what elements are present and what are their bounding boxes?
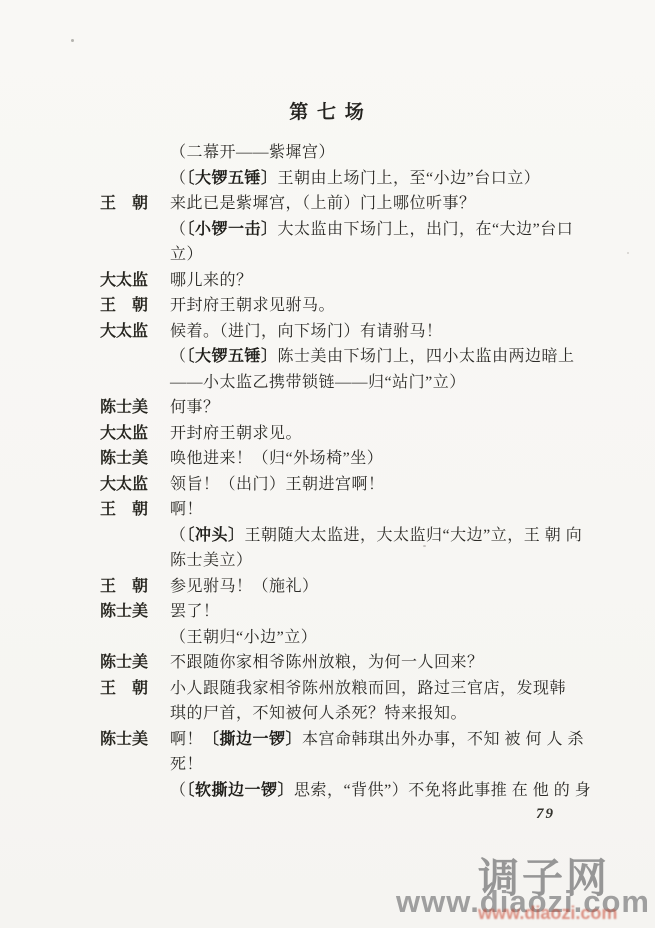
dialogue-text: （〔大锣五锤〕王朝由上场门上，至“小边”台口立） xyxy=(170,170,540,187)
script-line: 死！ xyxy=(100,752,580,778)
speaker-name: 陈士美 xyxy=(100,650,150,676)
speaker-name: 王 朝 xyxy=(100,497,150,523)
speaker-name: 王 朝 xyxy=(100,293,150,319)
dialogue-text: （王朝归“小边”立） xyxy=(170,629,317,646)
dialogue-text: 何事？ xyxy=(170,399,220,416)
script-line: 大太监哪儿来的？ xyxy=(100,268,580,294)
speaker-name: 王 朝 xyxy=(100,574,150,600)
speaker-name: 王 朝 xyxy=(100,676,150,702)
dialogue-text: ——小太监乙携带锁链——归“站门”立） xyxy=(170,374,466,391)
script-line: （〔冲头〕王朝随大太监进，大太监归“大边”立，王 朝 向 xyxy=(100,523,580,549)
script-line: 王 朝啊！ xyxy=(100,497,580,523)
speaker-name: 陈士美 xyxy=(100,446,150,472)
dialogue-text: （〔大锣五锤〕陈士美由下场门上，四小太监由两边暗上 xyxy=(170,348,575,365)
script-line: 琪的尸首，不知被何人杀死？特来报知。 xyxy=(100,701,580,727)
script-line: 大太监开封府王朝求见。 xyxy=(100,421,580,447)
script-line: 立） xyxy=(100,242,580,268)
script-line: （〔大锣五锤〕王朝由上场门上，至“小边”台口立） xyxy=(100,166,580,192)
script-line: 王 朝开封府王朝求见驸马。 xyxy=(100,293,580,319)
dialogue-text: 小人跟随我家相爷陈州放粮而回，路过三官店，发现韩 xyxy=(170,680,566,697)
dialogue-text: 立） xyxy=(170,246,203,263)
scan-speck xyxy=(71,39,74,42)
dialogue-text: （〔软撕边一锣〕思索，“背供”）不免将此事推 在 他 的 身 xyxy=(170,782,591,799)
dialogue-text: 领旨！（出门）王朝进宫啊！ xyxy=(170,476,385,493)
script-line: 大太监候着。（进门，向下场门）有请驸马！ xyxy=(100,319,580,345)
dialogue-text: （〔冲头〕王朝随大太监进，大太监归“大边”立，王 朝 向 xyxy=(170,527,582,544)
script-line: 陈士美罢了！ xyxy=(100,599,580,625)
dialogue-text: 啊！〔撕边一锣〕本宫命韩琪出外办事，不知 被 何 人 杀 xyxy=(170,731,584,748)
script-line: 陈士美啊！〔撕边一锣〕本宫命韩琪出外办事，不知 被 何 人 杀 xyxy=(100,727,580,753)
scan-speck xyxy=(627,252,629,254)
script-line: 陈士美唤他进来！（归“外场椅”坐） xyxy=(100,446,580,472)
script-line: 大太监领旨！（出门）王朝进宫啊！ xyxy=(100,472,580,498)
speaker-name: 陈士美 xyxy=(100,727,150,753)
page-number: 79 xyxy=(536,806,555,823)
speaker-name: 陈士美 xyxy=(100,599,150,625)
dialogue-text: 来此已是紫墀宫，（上前）门上哪位听事？ xyxy=(170,195,476,212)
dialogue-text: 开封府王朝求见驸马。 xyxy=(170,297,335,314)
script-line: （二幕开——紫墀宫） xyxy=(100,140,580,166)
scan-speck xyxy=(423,545,426,547)
scanned-script-page: 第 七 场 （二幕开——紫墀宫）（〔大锣五锤〕王朝由上场门上，至“小边”台口立）… xyxy=(0,0,655,928)
dialogue-text: 陈士美立） xyxy=(170,552,253,569)
speaker-name: 大太监 xyxy=(100,472,150,498)
script-line: 王 朝来此已是紫墀宫，（上前）门上哪位听事？ xyxy=(100,191,580,217)
dialogue-text: 不跟随你家相爷陈州放粮，为何一人回来？ xyxy=(170,654,484,671)
speaker-name: 王 朝 xyxy=(100,191,150,217)
dialogue-text: 罢了！ xyxy=(170,603,220,620)
dialogue-text: 死！ xyxy=(170,756,203,773)
dialogue-text: 唤他进来！（归“外场椅”坐） xyxy=(170,450,383,467)
speaker-name: 大太监 xyxy=(100,421,150,447)
dialogue-text: 参见驸马！（施礼） xyxy=(170,578,319,595)
script-line: 陈士美不跟随你家相爷陈州放粮，为何一人回来？ xyxy=(100,650,580,676)
script-line: ——小太监乙携带锁链——归“站门”立） xyxy=(100,370,580,396)
dialogue-text: （〔小锣一击〕大太监由下场门上，出门，在“大边”台口 xyxy=(170,221,573,238)
script-line: 陈士美何事？ xyxy=(100,395,580,421)
script-line: （〔软撕边一锣〕思索，“背供”）不免将此事推 在 他 的 身 xyxy=(100,778,580,804)
speaker-name: 大太监 xyxy=(100,268,150,294)
script-line: 王 朝小人跟随我家相爷陈州放粮而回，路过三官店，发现韩 xyxy=(100,676,580,702)
script-line: （〔大锣五锤〕陈士美由下场门上，四小太监由两边暗上 xyxy=(100,344,580,370)
dialogue-text: 啊！ xyxy=(170,501,203,518)
script-line: 王 朝参见驸马！（施礼） xyxy=(100,574,580,600)
dialogue-text: 琪的尸首，不知被何人杀死？特来报知。 xyxy=(170,705,467,722)
dialogue-text: 哪儿来的？ xyxy=(170,272,253,289)
speaker-name: 陈士美 xyxy=(100,395,150,421)
script-line: 陈士美立） xyxy=(100,548,580,574)
watermark-red-text: www.diaozi.com xyxy=(478,903,617,924)
dialogue-text: 候着。（进门，向下场门）有请驸马！ xyxy=(170,323,443,340)
script-body: （二幕开——紫墀宫）（〔大锣五锤〕王朝由上场门上，至“小边”台口立）王 朝来此已… xyxy=(100,140,580,803)
script-line: （〔小锣一击〕大太监由下场门上，出门，在“大边”台口 xyxy=(100,217,580,243)
speaker-name: 大太监 xyxy=(100,319,150,345)
dialogue-text: 开封府王朝求见。 xyxy=(170,425,302,442)
scene-title: 第 七 场 xyxy=(0,97,655,124)
dialogue-text: （二幕开——紫墀宫） xyxy=(170,144,335,161)
script-line: （王朝归“小边”立） xyxy=(100,625,580,651)
